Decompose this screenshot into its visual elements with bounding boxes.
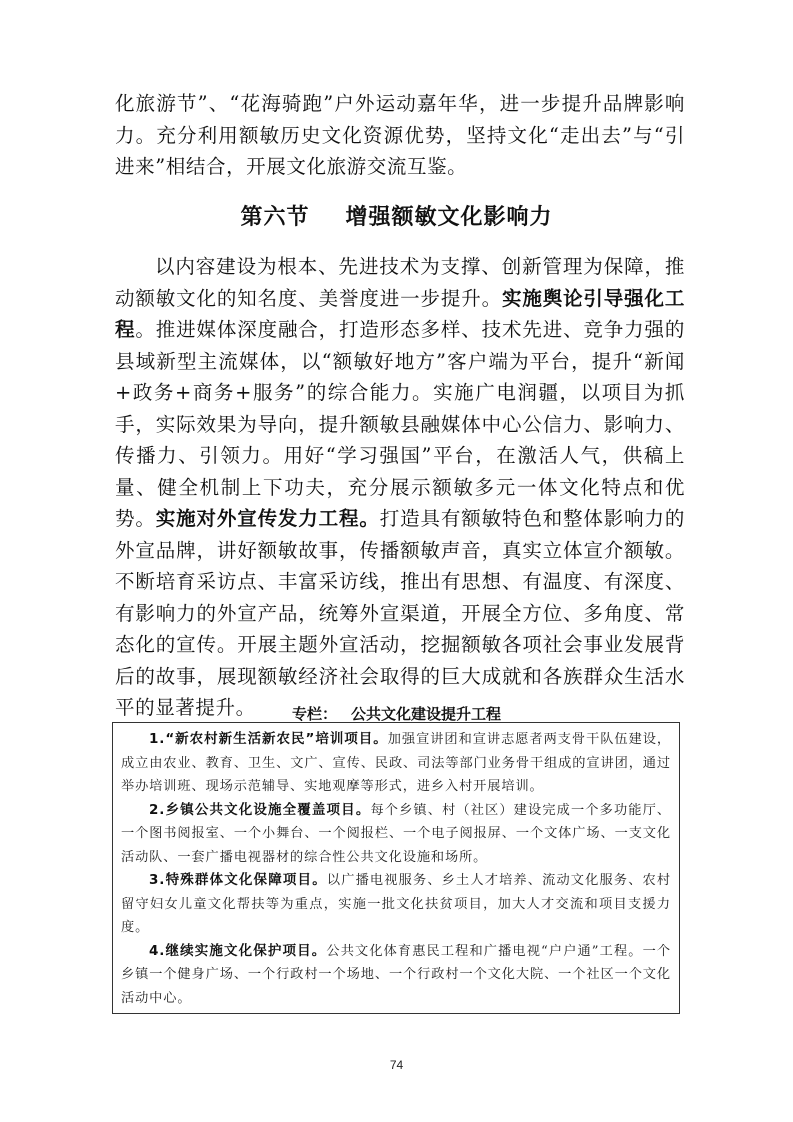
column-item: 1.“新农村新生活新农民”培训项目。加强宣讲团和宣讲志愿者两支骨干队伍建设，成立…	[121, 728, 671, 799]
column-item: 5.时尚休闲文化运动项目。培育赛车、赛马、民族式摔跤、极限、轮滑、斗鸡、斗羊等	[121, 1010, 671, 1014]
column-item: 2.乡镇公共文化设施全覆盖项目。每个乡镇、村（社区）建设完成一个多功能厅、一个图…	[121, 799, 671, 870]
section-number: 第六节	[240, 205, 309, 230]
paragraph-text: 。推进媒体深度融合，打造形态多样、技术先进、竞争力强的县域新型主流媒体，以“额敏…	[115, 318, 685, 530]
column-item-title: 1.“新农村新生活新农民”培训项目。	[149, 731, 388, 747]
column-box-title: 专栏：公共文化建设提升工程	[0, 703, 793, 724]
section-heading: 第六节增强额敏文化影响力	[0, 200, 793, 231]
column-item-title: 4.继续实施文化保护项目。	[149, 943, 326, 959]
paragraph-continuation: 化旅游节”、“花海骑跑”户外运动嘉年华，进一步提升品牌影响力。充分利用额敏历史文…	[115, 88, 685, 183]
column-item-title: 2.乡镇公共文化设施全覆盖项目。	[149, 802, 370, 818]
column-title: 公共文化建设提升工程	[351, 705, 501, 723]
paragraph-main: 以内容建设为根本、先进技术为支撑、创新管理为保障，推动额敏文化的知名度、美誉度进…	[115, 251, 685, 724]
paragraph-text: 打造具有额敏特色和整体影响力的外宣品牌，讲好额敏故事，传播额敏声音，真实立体宣介…	[115, 507, 685, 719]
section-title: 增强额敏文化影响力	[346, 205, 553, 230]
bold-emphasis-external-publicity: 实施对外宣传发力工程。	[156, 507, 380, 530]
column-item-title: 5.时尚休闲文化运动项目。	[149, 1013, 327, 1014]
document-page: 化旅游节”、“花海骑跑”户外运动嘉年华，进一步提升品牌影响力。充分利用额敏历史文…	[0, 0, 793, 1122]
column-label: 专栏：	[292, 705, 337, 723]
column-item-title: 3.特殊群体文化保障项目。	[149, 872, 327, 888]
column-box: 1.“新农村新生活新农民”培训项目。加强宣讲团和宣讲志愿者两支骨干队伍建设，成立…	[112, 722, 680, 1014]
column-item: 4.继续实施文化保护项目。公共文化体育惠民工程和广播电视“户户通”工程。一个乡镇…	[121, 940, 671, 1011]
page-number: 74	[0, 1058, 793, 1072]
column-item: 3.特殊群体文化保障项目。以广播电视服务、乡土人才培养、流动文化服务、农村留守妇…	[121, 869, 671, 940]
